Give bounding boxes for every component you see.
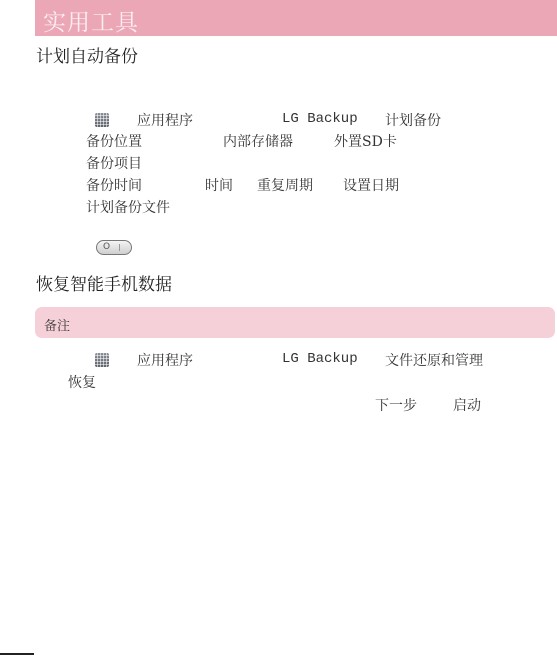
toggle-switch-icon: O	[96, 240, 132, 255]
section-title-scheduled-backup: 计划自动备份	[36, 42, 138, 67]
section-title-restore-data: 恢复智能手机数据	[36, 270, 172, 295]
option-repeat-period: 重复周期	[257, 175, 313, 195]
scheduled-backup-files-label: 计划备份文件	[86, 197, 170, 217]
menu-scheduled-backup: 计划备份	[385, 110, 441, 130]
option-external-sd: 外置SD卡	[334, 131, 397, 151]
option-time: 时间	[205, 175, 233, 195]
note-box	[35, 307, 555, 338]
menu-file-restore-manage: 文件还原和管理	[385, 350, 483, 370]
backup-location-label: 备份位置	[86, 131, 142, 151]
option-internal-storage: 内部存储器	[223, 131, 293, 151]
app-name-lg-backup: LG Backup	[282, 351, 358, 367]
restore-label: 恢复	[68, 372, 96, 392]
next-label: 下一步	[375, 395, 417, 415]
apps-grid-icon	[95, 353, 109, 367]
toggle-on-bar	[119, 244, 120, 251]
backup-items-label: 备份项目	[86, 153, 142, 173]
note-label: 备注	[44, 315, 70, 334]
chapter-title: 实用工具	[43, 4, 139, 37]
backup-time-label: 备份时间	[86, 175, 142, 195]
apps-grid-icon	[95, 113, 109, 127]
start-label: 启动	[453, 395, 481, 415]
apps-label: 应用程序	[137, 350, 193, 370]
toggle-off-glyph: O	[103, 242, 110, 252]
apps-label: 应用程序	[137, 110, 193, 130]
app-name-lg-backup: LG Backup	[282, 111, 358, 127]
option-set-date: 设置日期	[343, 175, 399, 195]
